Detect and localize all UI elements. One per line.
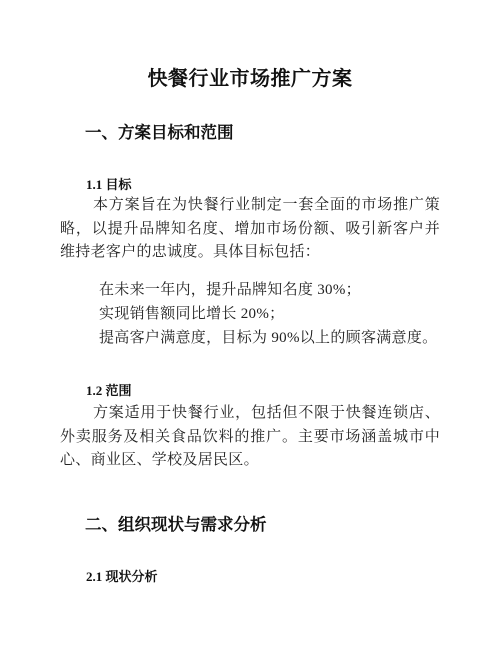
document-page: 快餐行业市场推广方案 一、方案目标和范围 1.1 目标 本方案旨在为快餐行业制定… (0, 0, 500, 647)
goal-item-3: 提高客户满意度，目标为 90%以上的顾客满意度。 (99, 326, 437, 347)
document-title: 快餐行业市场推广方案 (0, 62, 500, 91)
subsection-heading-2-1: 2.1 现状分析 (86, 566, 158, 585)
paragraph-goals: 本方案旨在为快餐行业制定一套全面的市场推广策略，以提升品牌知名度、增加市场份额、… (60, 194, 440, 265)
goal-item-1: 在未来一年内，提升品牌知名度 30%； (99, 278, 361, 299)
subsection-heading-1-2: 1.2 范围 (86, 380, 132, 399)
paragraph-scope: 方案适用于快餐行业，包括但不限于快餐连锁店、外卖服务及相关食品饮料的推广。主要市… (60, 402, 440, 473)
subsection-heading-1-1: 1.1 目标 (86, 174, 132, 193)
goal-item-2: 实现销售额同比增长 20%； (99, 302, 284, 323)
section-heading-1: 一、方案目标和范围 (85, 119, 234, 143)
section-heading-2: 二、组织现状与需求分析 (85, 511, 267, 535)
